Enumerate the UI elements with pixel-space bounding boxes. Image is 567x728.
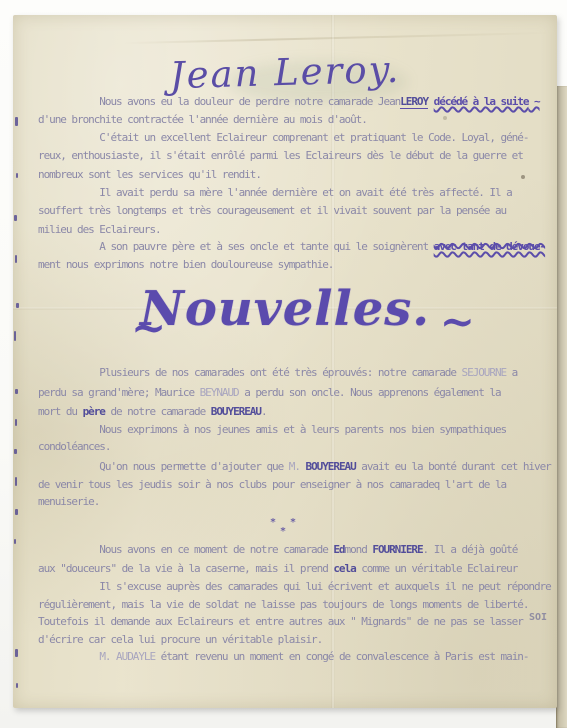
typed-paragraph: Nous avons eu la douleur de perdre notre… <box>38 93 549 130</box>
typed-paragraph: C'était un excellent Eclaireur comprenan… <box>38 129 549 184</box>
typed-paragraph: Il s'excuse auprès des camarades qui lui… <box>38 578 549 648</box>
typed-line: perdu sa grand'mère; Maurice BEYNAUD a p… <box>38 383 549 403</box>
section-title-nouvelles: Nouvelles. <box>140 281 430 337</box>
typed-paragraph: M. AUDAYLE étant revenu un moment en con… <box>38 648 549 666</box>
typed-line: C'était un excellent Eclaireur comprenan… <box>38 129 549 147</box>
typed-paragraph: Nous avons en ce moment de notre camarad… <box>38 540 549 578</box>
typed-line: nombreux sont les services qu'il rendit. <box>38 166 549 184</box>
typed-line: Il s'excuse auprès des camarades qui lui… <box>38 578 549 596</box>
title-flourish-left: ~ <box>131 303 166 352</box>
document-page: Jean Leroy. ~ Nouvelles. ~ Nous avons eu… <box>13 15 557 708</box>
typed-line: Toutefois il demande aux Eclaireurs et e… <box>38 613 549 631</box>
typed-line: Nous avons en ce moment de notre camarad… <box>38 540 549 559</box>
typed-line: menuiserie. <box>38 493 549 511</box>
typed-line: d'écrire car cela lui procure un véritab… <box>38 631 549 649</box>
section-title-nouvelles-row: ~ Nouvelles. ~ <box>13 281 557 359</box>
typed-line: Nous exprimons à nos jeunes amis et à le… <box>38 422 549 439</box>
typed-paragraph: Plusieurs de nos camarades ont été très … <box>38 363 549 422</box>
asterism-row-bottom: * <box>13 527 557 536</box>
typed-line: aux "douceurs" de la vie à la caserne, m… <box>38 559 549 578</box>
scanned-newsletter-screenshot: { "doc": { "title1": "Jean Leroy.", "tit… <box>0 0 567 728</box>
typed-line: de venir tous les jeudis soir à nos club… <box>38 476 549 494</box>
typed-paragraph: Qu'on nous permette d'ajouter que M. BOU… <box>38 458 549 511</box>
typed-paragraph: Nous exprimons à nos jeunes amis et à le… <box>38 422 549 455</box>
typed-line: reux, enthousiaste, il s'était enrôlé pa… <box>38 147 549 165</box>
typed-line: A son pauvre père et à ses oncle et tant… <box>38 238 549 256</box>
typed-line: condoléances. <box>38 439 549 456</box>
typed-line: Plusieurs de nos camarades ont été très … <box>38 363 549 383</box>
typed-line: d'une bronchite contractée l'année derni… <box>38 111 549 129</box>
typed-line: milieu des Eclaireurs. <box>38 221 549 239</box>
typed-line: ment nous exprimons notre bien douloureu… <box>38 256 549 274</box>
title-flourish-right: ~ <box>440 297 475 346</box>
typed-line: régulièrement, mais la vie de soldat ne … <box>38 596 549 614</box>
typed-line: souffert très longtemps et très courageu… <box>38 202 549 220</box>
paper-crease-diagonal <box>123 32 553 45</box>
typed-line: mort du père de notre camarade BOUYEREAU… <box>38 402 549 422</box>
typed-line: Nous avons eu la douleur de perdre notre… <box>38 93 549 111</box>
asterism-divider: * * * <box>13 518 557 536</box>
adjacent-sheet-edge <box>556 86 567 728</box>
typed-line: Qu'on nous permette d'ajouter que M. BOU… <box>38 458 549 476</box>
typed-line: M. AUDAYLE étant revenu un moment en con… <box>38 648 549 666</box>
margin-edge-text: SOI <box>529 612 547 623</box>
typed-paragraph: Il avait perdu sa mère l'année dernière … <box>38 184 549 239</box>
typed-paragraph: A son pauvre père et à ses oncle et tant… <box>38 238 549 275</box>
typed-line: Il avait perdu sa mère l'année dernière … <box>38 184 549 202</box>
